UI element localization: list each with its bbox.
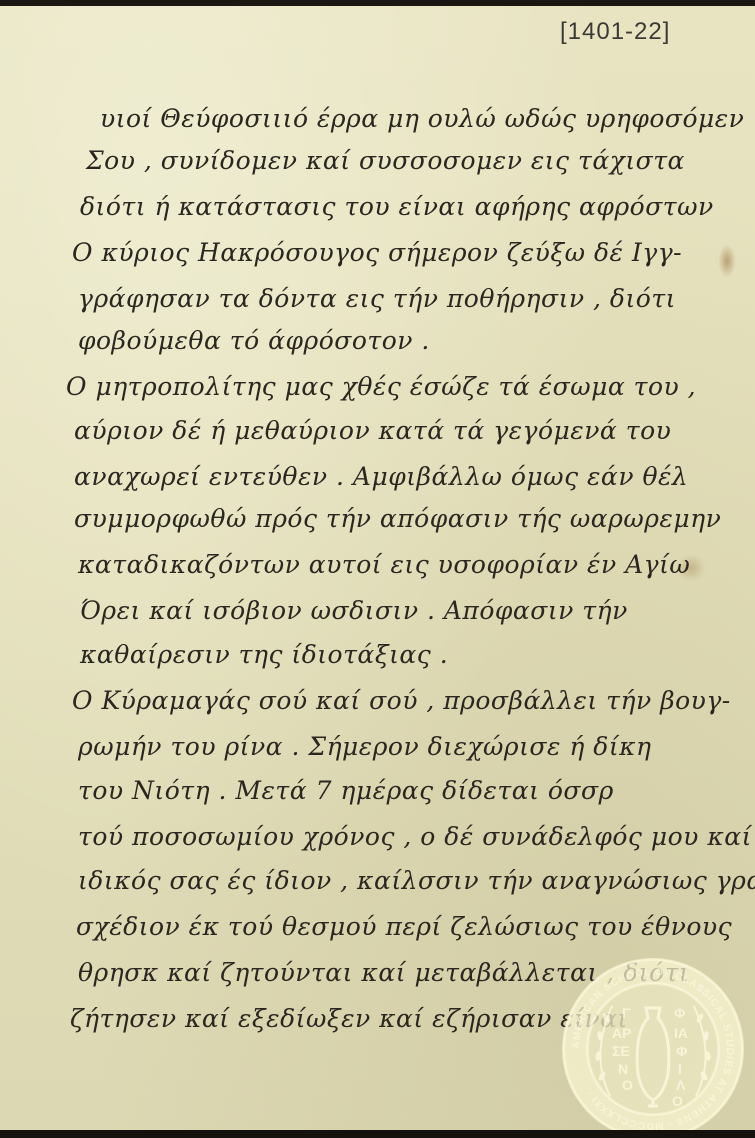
- text-line: καθαίρεσιν της ίδιοτάξιας .: [80, 640, 448, 669]
- text-line: υιοί Θεύφοσιιιό έρρα μη ουλώ ωδώς υρηφοσ…: [100, 104, 744, 133]
- svg-text:Γ: Γ: [622, 1005, 631, 1021]
- page-bottom-edge: [0, 1130, 755, 1138]
- text-line: γράφησαν τα δόντα εις τήν ποθήρησιν , δι…: [78, 284, 676, 313]
- text-line: Σου , συνίδομεν καί συσσοσομεν εις τάχισ…: [86, 146, 685, 175]
- svg-text:Ι: Ι: [678, 1061, 682, 1077]
- institution-seal: AMERICAN SCHOOL OF CLASSICAL STUDIES AT …: [560, 956, 746, 1130]
- letter-page: [1401-22] υιοί Θεύφοσιιιό έρρα μη ουλώ ω…: [0, 6, 755, 1130]
- text-line: Ο Κύραμαγάς σού καί σού , προσβάλλει τήν…: [72, 686, 731, 715]
- svg-text:Ο: Ο: [672, 1093, 683, 1109]
- text-line: του Νιότη . Μετά 7 ημέρας δίδεται όσσρ: [78, 776, 614, 805]
- text-line: ιδικός σας ές ίδιον , καίλσσιν τήν αναγν…: [78, 866, 755, 895]
- text-line: ρωμήν του ρίνα . Σήμερον διεχώρισε ή δίκ…: [78, 732, 652, 761]
- text-line: αύριον δέ ή μεθαύριον κατά τά γεγόμενά τ…: [74, 416, 671, 445]
- svg-text:ΣΕ: ΣΕ: [612, 1043, 630, 1059]
- svg-text:Ο: Ο: [622, 1077, 633, 1093]
- text-line: φοβούμεθα τό άφρόσοτον .: [78, 326, 430, 355]
- text-line: διότι ή κατάστασις του είναι αφήρης αφρό…: [80, 192, 714, 221]
- svg-text:ΙΑ: ΙΑ: [674, 1025, 688, 1041]
- svg-text:Φ: Φ: [674, 1005, 686, 1021]
- svg-text:ΑΡ: ΑΡ: [612, 1025, 631, 1041]
- seal-emblem-icon: AMERICAN SCHOOL OF CLASSICAL STUDIES AT …: [560, 956, 746, 1130]
- text-line: συμμορφωθώ πρός τήν απόφασιν τής ωαρωρεμ…: [74, 504, 721, 533]
- text-line: τού ποσοσωμίου χρόνος , ο δέ συνάδελφός …: [78, 822, 752, 851]
- text-line: Ο κύριος Ηακρόσουγος σήμερον ζεύξω δέ Ιγ…: [72, 238, 682, 267]
- text-line: σχέδιον έκ τού θεσμού περί ζελώσιως του …: [76, 912, 732, 941]
- text-line: αναχωρεί εντεύθεν . Αμφιβάλλω όμως εάν θ…: [74, 462, 688, 491]
- text-line: Ο μητροπολίτης μας χθές έσώζε τά έσωμα τ…: [66, 372, 696, 401]
- svg-text:Ν: Ν: [618, 1061, 628, 1077]
- svg-text:Λ: Λ: [676, 1077, 686, 1093]
- text-line: ζήτησεν καί εξεδίωξεν καί εζήρισαν είναι: [70, 1004, 628, 1033]
- svg-text:Φ: Φ: [676, 1043, 688, 1059]
- text-line: καταδικαζόντων αυτοί εις υσοφορίαν έν Αγ…: [78, 550, 690, 579]
- text-line: Όρει καί ισόβιον ωσδισιν . Απόφασιν τήν: [80, 596, 628, 625]
